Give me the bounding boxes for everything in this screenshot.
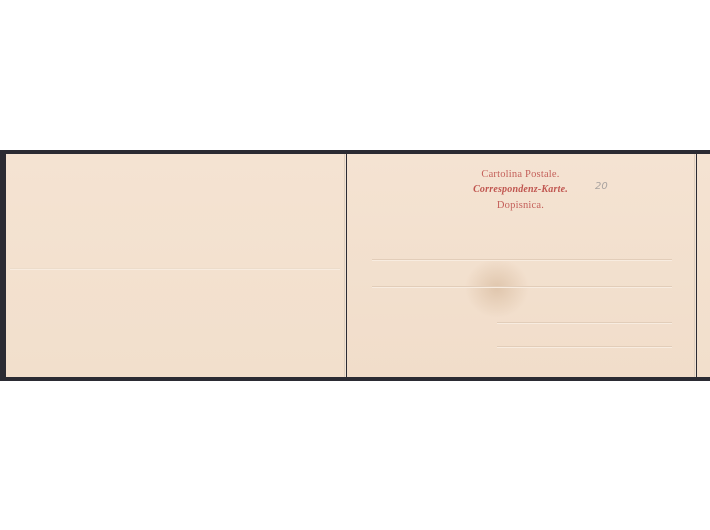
fold-crease bbox=[694, 154, 696, 377]
header-line-slovene: Dopisnica. bbox=[347, 200, 694, 211]
header-line-german: Correspondenz-Karte. bbox=[347, 184, 694, 195]
address-line bbox=[497, 346, 672, 348]
address-line bbox=[372, 259, 672, 261]
pencil-annotation: 20 bbox=[595, 181, 608, 192]
address-line bbox=[497, 322, 672, 324]
faint-rule bbox=[10, 268, 340, 270]
card-panel-left bbox=[6, 154, 344, 377]
address-line bbox=[372, 286, 672, 288]
fold-crease bbox=[344, 154, 346, 377]
card-panel-edge bbox=[697, 154, 710, 377]
header-line-italian: Cartolina Postale. bbox=[347, 169, 694, 180]
